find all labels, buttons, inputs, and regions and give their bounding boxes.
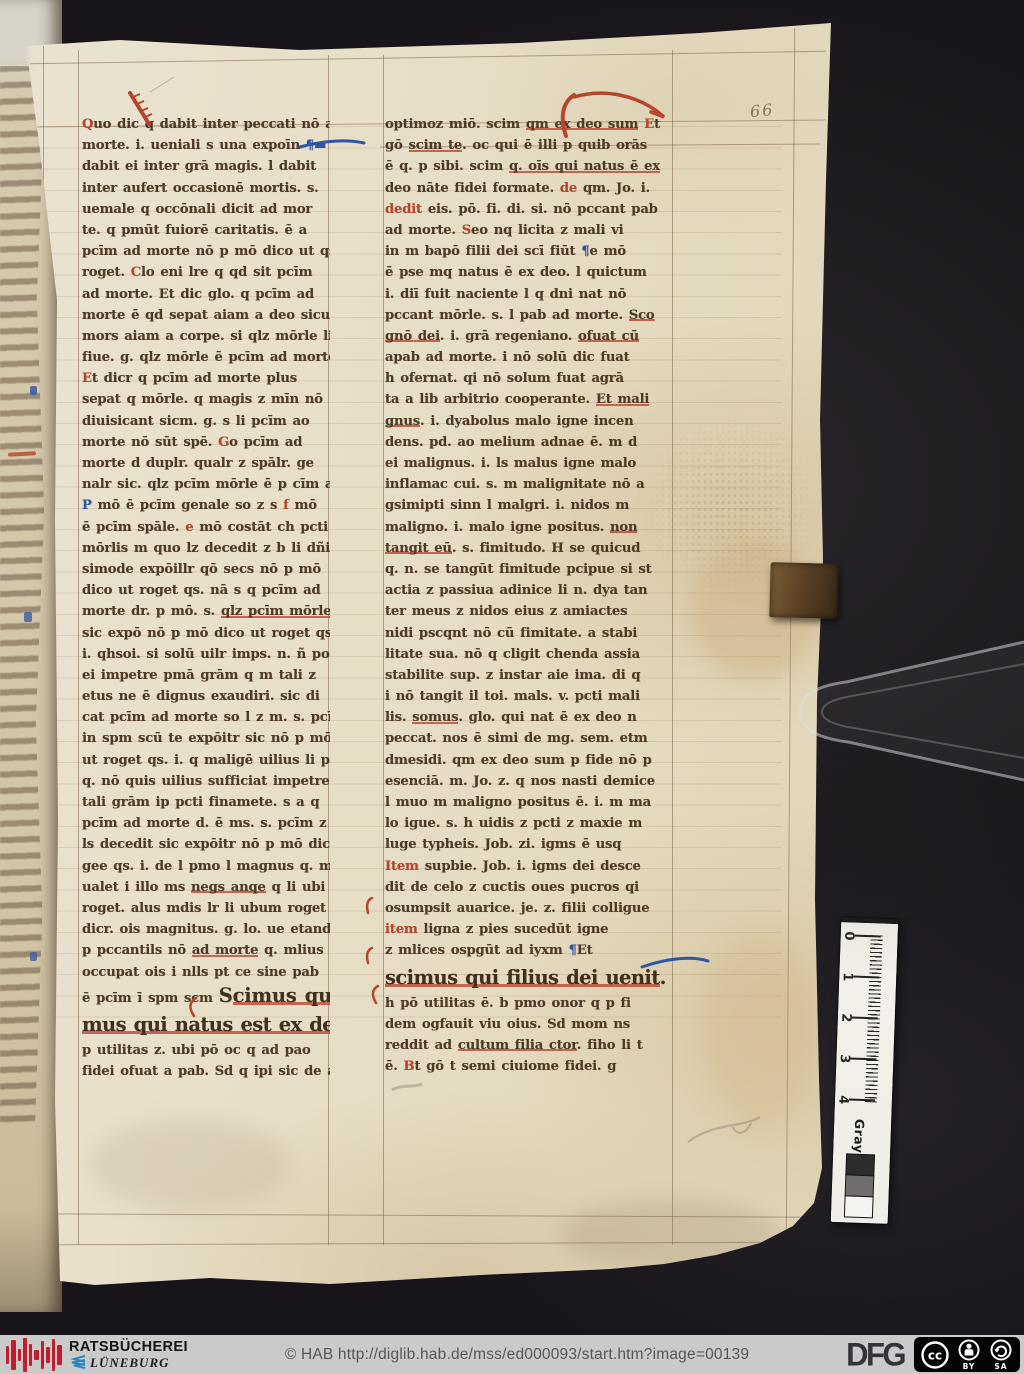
manuscript-text-line: maligno. i. malo igne positus. non bbox=[385, 517, 673, 538]
manuscript-text-line: q. nō quis uilius sufficiat impetre bbox=[82, 771, 330, 792]
manuscript-text-line: occupat ois i nlls pt ce sine pab bbox=[82, 962, 330, 983]
manuscript-text-segment: reddit ad bbox=[385, 1038, 458, 1053]
manuscript-text-segment: inter aufert occasionē mortis. s. bbox=[82, 181, 318, 196]
manuscript-text-segment: deo nāte fidei formate. bbox=[385, 181, 560, 196]
manuscript-text-line: reddit ad cultum filia ctor. fiho li t bbox=[385, 1035, 673, 1056]
manuscript-text-segment: t dicr q pcīm ad morte plus bbox=[92, 371, 297, 386]
manuscript-text-segment: in m bapō filii dei scī fiūt bbox=[385, 244, 581, 259]
manuscript-text-segment: scim te bbox=[409, 138, 463, 153]
manuscript-text-segment: negs anqe bbox=[191, 880, 266, 895]
manuscript-text-segment: mōrlis m quo lz decedit z b li dñi bbox=[82, 541, 330, 556]
manuscript-text-segment: t bbox=[654, 117, 660, 132]
manuscript-text-line: mus qui natus est ex deo. ℞. bbox=[82, 1009, 330, 1040]
leather-tab bbox=[769, 562, 838, 619]
manuscript-text-segment: dit de celo z cuctis oues pucros qi bbox=[385, 880, 639, 895]
manuscript-text-segment: ad morte. Et dic glo. q pcīm ad bbox=[82, 287, 314, 302]
manuscript-text-line: i. qhsoi. si solū uilr imps. n. ñ possi bbox=[82, 644, 330, 665]
manuscript-text-segment: E bbox=[644, 117, 654, 132]
manuscript-text-segment: tali grām ip pcti finamete. s a q bbox=[82, 795, 319, 810]
manuscript-text-line: gnus. i. dyabolus malo igne incen bbox=[385, 411, 673, 432]
manuscript-text-segment: ē pse mq natus ē ex deo. l quictum bbox=[385, 265, 647, 280]
manuscript-text-line: tali grām ip pcti finamete. s a q bbox=[82, 792, 330, 813]
manuscript-text-segment: uo dic q dabit inter peccati nō ad bbox=[93, 117, 330, 132]
gray-patch-black bbox=[846, 1154, 874, 1175]
manuscript-text-segment: gnus bbox=[385, 414, 420, 429]
manuscript-text-line: ad morte. Seo nq licita z mali vi bbox=[385, 220, 673, 241]
manuscript-text-segment: nalr sic. qlz pcīm mōrle ē p cīm ad bbox=[82, 477, 330, 492]
manuscript-text-line: mōrlis m quo lz decedit z b li dñi bbox=[82, 538, 330, 559]
manuscript-text-line: fiue. g. qlz mōrle ē pcīm ad morte bbox=[82, 347, 330, 368]
manuscript-text-segment: cimus quo bbox=[233, 984, 330, 1007]
manuscript-text-segment: etus ne ē dignus exaudiri. sic di bbox=[82, 689, 320, 704]
manuscript-text-line: etus ne ē dignus exaudiri. sic di bbox=[82, 686, 330, 707]
manuscript-text-segment: ls decedit sic expōitr nō p mō dico bbox=[82, 837, 330, 852]
folio-number: 66 bbox=[749, 100, 775, 121]
dfg-logo: DFG bbox=[846, 1336, 904, 1374]
manuscript-text-segment: z mlices ospgūt ad iyxm bbox=[385, 943, 569, 958]
ruling-line bbox=[30, 1242, 820, 1246]
manuscript-text-segment: Q bbox=[82, 117, 93, 132]
digitized-manuscript-viewer: { "page_number": "66", "ruler": { "numbe… bbox=[0, 0, 1024, 1374]
gray-patch-white bbox=[845, 1196, 873, 1217]
ruler-number: 3 bbox=[837, 1051, 853, 1068]
manuscript-text-line: stabilite sup. z instar aie ima. di q bbox=[385, 665, 673, 686]
manuscript-text-line: osumpsit auarice. je. z. filii colligue bbox=[385, 898, 673, 919]
manuscript-text-segment: t gō t semi ciuiome fidei. g bbox=[414, 1059, 616, 1074]
manuscript-text-line: inflamac cui. s. m malignitate nō a bbox=[385, 474, 673, 495]
manuscript-text-line: te. q pmūt fuiorē caritatis. ē a bbox=[82, 220, 330, 241]
manuscript-text-segment: fidei ofuat a pab. Sd q ipi sic de ad bbox=[82, 1064, 330, 1079]
manuscript-text-segment: h ofernat. qi nō solum fuat agrā bbox=[385, 371, 624, 386]
manuscript-text-line: dicr. ois magnitus. g. lo. ue etands ē bbox=[82, 919, 330, 940]
parchment-stain bbox=[560, 1200, 780, 1270]
manuscript-text-segment: ut roget qs. i. q maligē uilius li pctis bbox=[82, 753, 330, 768]
manuscript-text-segment: gnō dei bbox=[385, 329, 440, 344]
manuscript-text-line: p utilitas z. ubi pō oc q ad pao bbox=[82, 1040, 330, 1061]
manuscript-text-line: roget. alus mdis lr li ubum roget bbox=[82, 898, 330, 919]
manuscript-text-segment: morte. i. ueniali s una expoīn bbox=[82, 138, 306, 153]
manuscript-text-line: pcīm ad morte d. ē ms. s. pcīm z quo bbox=[82, 813, 330, 834]
manuscript-text-line: esenciā. m. Jo. z. q nos nasti demice bbox=[385, 771, 673, 792]
manuscript-text-line: lis. somus. glo. qui nat ē ex deo n bbox=[385, 707, 673, 728]
manuscript-text-segment: i. qhsoi. si solū uilr imps. n. ñ possi bbox=[82, 647, 330, 662]
manuscript-text-segment: litate sua. nō q cligit chenda assia bbox=[385, 647, 640, 662]
manuscript-text-line: tangit eū. s. fimitudo. H se quicud bbox=[385, 538, 673, 559]
manuscript-text-segment: h pō utilitas ē. b pmo onor q p fi bbox=[385, 996, 631, 1011]
manuscript-text-segment: Et bbox=[577, 943, 593, 958]
credit-bar: RATSBÜCHEREI LÜNEBURG © HAB http://digli… bbox=[0, 1335, 1024, 1374]
manuscript-text-segment: ta a lib arbitrio cooperante. bbox=[385, 392, 596, 407]
manuscript-text-segment: dedit bbox=[385, 202, 422, 217]
manuscript-text-line: sepat q mōrle. q magis z mīn nō bbox=[82, 389, 330, 410]
manuscript-text-line: gsimipti sinn l malgri. i. nidos m bbox=[385, 495, 673, 516]
manuscript-text-segment: supbie. Job. i. igms dei desce bbox=[419, 859, 641, 874]
manuscript-text-segment: ▬ bbox=[314, 138, 326, 153]
manuscript-text-segment: lo igue. s. h uidis z pcti z maxie m bbox=[385, 816, 642, 831]
manuscript-text-line: scimus qui filius dei uenit. bbox=[385, 962, 673, 993]
manuscript-text-segment: S bbox=[462, 223, 471, 238]
manuscript-text-segment: nidi pscqnt nō cū fimitate. a stabi bbox=[385, 626, 637, 641]
manuscript-text-line: Item supbie. Job. i. igms dei desce bbox=[385, 856, 673, 877]
manuscript-text-segment: maligno. i. malo igne positus. bbox=[385, 520, 610, 535]
previous-page-blue-initial bbox=[24, 612, 32, 622]
manuscript-text-segment: dico ut roget qs. nā s q pcīm ad bbox=[82, 583, 321, 598]
manuscript-text-segment: dabit ei inter grā magis. l dabit bbox=[82, 159, 316, 174]
manuscript-text-line: dens. pd. ao melium adnae ē. m d bbox=[385, 432, 673, 453]
manuscript-text-line: ut roget qs. i. q maligē uilius li pctis bbox=[82, 750, 330, 771]
manuscript-text-line: litate sua. nō q cligit chenda assia bbox=[385, 644, 673, 665]
manuscript-text-line: optimoz miō. scim qm ex deo sum Et bbox=[385, 114, 673, 135]
ruler-cm-tick bbox=[855, 935, 881, 938]
manuscript-text-segment: dicr. ois magnitus. g. lo. ue etands ē bbox=[82, 922, 330, 937]
manuscript-text-line: h ofernat. qi nō solum fuat agrā bbox=[385, 368, 673, 389]
manuscript-text-segment: roget. alus mdis lr li ubum roget bbox=[82, 901, 326, 916]
manuscript-text-line: apab ad morte. i nō solū dic fuat bbox=[385, 347, 673, 368]
manuscript-text-segment: de bbox=[560, 181, 577, 196]
manuscript-text-segment: Item bbox=[385, 859, 419, 874]
manuscript-text-line: roget. Clo eni lre q qd sit pcīm bbox=[82, 262, 330, 283]
ruling-line bbox=[786, 28, 795, 1243]
svg-text:BY: BY bbox=[963, 1362, 976, 1371]
manuscript-text-line: morte ē qd sepat aiam a deo sicut bbox=[82, 305, 330, 326]
manuscript-text-line: z mlices ospgūt ad iyxm ¶Et bbox=[385, 940, 673, 961]
manuscript-text-line: p pccantils nō ad morte q. mlius bbox=[82, 940, 330, 961]
manuscript-text-line: inter aufert occasionē mortis. s. bbox=[82, 178, 330, 199]
manuscript-text-segment: esenciā. m. Jo. z. q nos nasti demice bbox=[385, 774, 655, 789]
manuscript-text-segment: tangit eū bbox=[385, 541, 452, 556]
cc-license-badge: cc BY SA bbox=[914, 1337, 1020, 1372]
manuscript-text-segment: ¶ bbox=[569, 943, 577, 958]
manuscript-text-segment: morte d duplr. qualr z spālr. ge bbox=[82, 456, 314, 471]
ruler-cm-tick bbox=[852, 1017, 878, 1020]
previous-page-text-ghost bbox=[0, 66, 46, 1126]
manuscript-text-line: Quo dic q dabit inter peccati nō ad bbox=[82, 114, 330, 135]
manuscript-text-segment: pccant mōrle. s. l pab ad morte. bbox=[385, 308, 629, 323]
manuscript-text-segment: q. nō quis uilius sufficiat impetre bbox=[82, 774, 330, 789]
page-holder-strip bbox=[800, 642, 1024, 780]
manuscript-text-segment: ualet i illo ms bbox=[82, 880, 191, 895]
manuscript-text-line: morte dr. p mō. s. qlz pcīm mōrle bbox=[82, 601, 330, 622]
manuscript-text-segment: cultum filia ctor bbox=[458, 1038, 577, 1053]
manuscript-text-line: ei impetre pmā grām q m tali z bbox=[82, 665, 330, 686]
manuscript-text-line: h pō utilitas ē. b pmo onor q p fi bbox=[385, 993, 673, 1014]
manuscript-text-segment: luge typheis. Job. zi. igms ē usq bbox=[385, 837, 621, 852]
manuscript-text-line: peccat. nos ē simi de mg. sem. etm bbox=[385, 728, 673, 749]
manuscript-text-segment: i nō tangit il toi. mals. v. pcti mali bbox=[385, 689, 640, 704]
manuscript-text-segment: E bbox=[82, 371, 92, 386]
manuscript-text-segment: eis. pō. fi. di. si. nō pccant pab bbox=[422, 202, 658, 217]
manuscript-text-segment: gee qs. i. de l pmo l magnus q. meh bbox=[82, 859, 330, 874]
manuscript-text-segment: scimus qui filius dei uenit bbox=[385, 966, 660, 989]
manuscript-text-segment: qm. Jo. i. bbox=[577, 181, 650, 196]
manuscript-text-segment: dens. pd. ao melium adnae ē. m d bbox=[385, 435, 637, 450]
manuscript-text-line: i nō tangit il toi. mals. v. pcti mali bbox=[385, 686, 673, 707]
ruler-cm-tick bbox=[850, 1058, 876, 1061]
manuscript-text-segment: p utilitas z. ubi pō oc q ad pao bbox=[82, 1043, 311, 1058]
manuscript-text-segment: . i. dyabolus malo igne incen bbox=[420, 414, 633, 429]
manuscript-text-line: ls decedit sic expōitr nō p mō dico bbox=[82, 834, 330, 855]
manuscript-text-segment: q li ubi bbox=[266, 880, 326, 895]
manuscript-text-line: l muo m maligno positus ē. i. m ma bbox=[385, 792, 673, 813]
gray-patch-mid bbox=[846, 1175, 874, 1196]
manuscript-text-segment: . glo. qui nat ē ex deo n bbox=[458, 710, 636, 725]
manuscript-text-segment: actia z passiua adinice li n. dya tan bbox=[385, 583, 647, 598]
manuscript-text-segment: ē pcīm ī spm scm bbox=[82, 991, 219, 1006]
manuscript-text-segment: p pccantils nō bbox=[82, 943, 192, 958]
manuscript-text-segment: l muo m maligno positus ē. i. m ma bbox=[385, 795, 651, 810]
manuscript-text-segment: morte nō sūt spē. bbox=[82, 435, 218, 450]
manuscript-text-segment: pcīm ad morte nō p mō dico ut qs bbox=[82, 244, 330, 259]
manuscript-text-segment: ligna z pies sucedūt igne bbox=[418, 922, 609, 937]
manuscript-text-segment: . i. grā regeniano. bbox=[440, 329, 578, 344]
manuscript-text-line: dico ut roget qs. nā s q pcīm ad bbox=[82, 580, 330, 601]
library-name: RATSBÜCHEREI bbox=[69, 1340, 188, 1355]
ruler-cm-tick bbox=[853, 976, 879, 979]
ruler-number: 4 bbox=[835, 1092, 851, 1109]
parchment-stain bbox=[90, 1120, 290, 1210]
manuscript-text-line: morte. i. ueniali s una expoīn ¶▬ bbox=[82, 135, 330, 156]
manuscript-text-segment: inflamac cui. s. m malignitate nō a bbox=[385, 477, 644, 492]
manuscript-text-line: sic expō nō p mō dico ut roget qs bbox=[82, 623, 330, 644]
manuscript-text-line: in m bapō filii dei scī fiūt ¶e mō bbox=[385, 241, 673, 262]
manuscript-text-segment: qm ex deo sum bbox=[526, 117, 638, 132]
library-city: LÜNEBURG bbox=[90, 1356, 170, 1369]
manuscript-text-segment: somus bbox=[412, 710, 458, 725]
manuscript-text-line: ter meus z nidos eius z amiactes bbox=[385, 601, 673, 622]
ruler-number: 0 bbox=[841, 928, 857, 945]
ruler-cm-tick bbox=[849, 1098, 875, 1101]
manuscript-text-segment: . fiho li t bbox=[577, 1038, 643, 1053]
manuscript-text-segment: ē q. p sibi. scim bbox=[385, 159, 509, 174]
manuscript-text-line: ē pcīm spāle. e mō costāt ch pcti bbox=[82, 517, 330, 538]
manuscript-text-segment: optimoz miō. scim bbox=[385, 117, 526, 132]
manuscript-text-line: ē pse mq natus ē ex deo. l quictum bbox=[385, 262, 673, 283]
manuscript-text-line: gō scim te. oc qui ē illi p quib orās bbox=[385, 135, 673, 156]
manuscript-text-line: gnō dei. i. grā regeniano. ofuat cū bbox=[385, 326, 673, 347]
manuscript-text-line: dabit ei inter grā magis. l dabit bbox=[82, 156, 330, 177]
manuscript-text-segment: dmesidi. qm ex deo sum p fide nō p bbox=[385, 753, 652, 768]
svg-text:SA: SA bbox=[994, 1362, 1007, 1371]
manuscript-text-segment: roget. bbox=[82, 265, 131, 280]
manuscript-text-segment: o pcīm ad bbox=[229, 435, 302, 450]
manuscript-text-segment: peccat. nos ē simi de mg. sem. etm bbox=[385, 731, 648, 746]
manuscript-text-segment: ofuat cū bbox=[578, 329, 639, 344]
copyright-text: © HAB http://diglib.hab.de/mss/ed000093/… bbox=[188, 1346, 846, 1364]
manuscript-text-line: dem ogfauit viu oius. Sd mom ns bbox=[385, 1014, 673, 1035]
manuscript-text-line: morte d duplr. qualr z spālr. ge bbox=[82, 453, 330, 474]
manuscript-text-line: morte nō sūt spē. Go pcīm ad bbox=[82, 432, 330, 453]
manuscript-text-segment: osumpsit auarice. je. z. filii colligue bbox=[385, 901, 649, 916]
manuscript-text-line: uemale q occōnali dicit ad mor bbox=[82, 199, 330, 220]
manuscript-text-segment: P bbox=[82, 498, 92, 513]
manuscript-text-line: luge typheis. Job. zi. igms ē usq bbox=[385, 834, 673, 855]
previous-page-blue-initial bbox=[30, 386, 37, 395]
manuscript-text-line: pcīm ad morte nō p mō dico ut qs bbox=[82, 241, 330, 262]
cc-icon: cc bbox=[920, 1340, 950, 1370]
manuscript-text-segment: stabilite sup. z instar aie ima. di q bbox=[385, 668, 640, 683]
manuscript-column-right: optimoz miō. scim qm ex deo sum Etgō sci… bbox=[385, 110, 673, 1077]
manuscript-text-segment: ¶ bbox=[581, 244, 589, 259]
manuscript-text-segment: ter meus z nidos eius z amiactes bbox=[385, 604, 627, 619]
manuscript-text-line: dit de celo z cuctis oues pucros qi bbox=[385, 877, 673, 898]
manuscript-text-segment: morte dr. p mō. s. bbox=[82, 604, 221, 619]
manuscript-text-segment: apab ad morte. i nō solū dic fuat bbox=[385, 350, 629, 365]
ruling-line bbox=[30, 51, 826, 65]
manuscript-text-segment: sic expō nō p mō dico ut roget qs bbox=[82, 626, 330, 641]
manuscript-text-segment: e mō bbox=[590, 244, 626, 259]
manuscript-text-segment: ē. bbox=[385, 1059, 403, 1074]
manuscript-text-line: Et dicr q pcīm ad morte plus bbox=[82, 368, 330, 389]
manuscript-text-segment: morte ē qd sepat aiam a deo sicut bbox=[82, 308, 330, 323]
manuscript-text-segment: qlz pcīm mōrle bbox=[221, 604, 330, 619]
manuscript-text-line: nalr sic. qlz pcīm mōrle ē p cīm ad bbox=[82, 474, 330, 495]
manuscript-text-segment: gsimipti sinn l malgri. i. nidos m bbox=[385, 498, 629, 513]
manuscript-text-line: gee qs. i. de l pmo l magnus q. meh bbox=[82, 856, 330, 877]
manuscript-text-segment: B bbox=[403, 1059, 414, 1074]
manuscript-text-segment: ē pcīm spāle. bbox=[82, 520, 185, 535]
manuscript-text-line: simode expōillr qō secs nō p mō bbox=[82, 559, 330, 580]
manuscript-text-segment: lis. bbox=[385, 710, 412, 725]
grayscale-ruler: 01234 Gray Scale bbox=[831, 917, 899, 1224]
manuscript-text-line: ē q. p sibi. scim q. oīs qui natus ē ex bbox=[385, 156, 673, 177]
manuscript-text-segment: mō ē pcīm genale so z s bbox=[92, 498, 283, 513]
manuscript-page: 66 Quo dic q dabit inter peccati nō admo… bbox=[0, 0, 840, 1312]
manuscript-text-segment: Sco bbox=[629, 308, 655, 323]
manuscript-text-segment: in spm scū te expōitr sic nō p mō d bbox=[82, 731, 330, 746]
manuscript-text-segment: mus qui natus est ex deo bbox=[82, 1013, 330, 1036]
manuscript-text-segment: q. n. se tangūt fimitude pcipue si st bbox=[385, 562, 652, 577]
manuscript-text-segment: pcīm ad morte d. ē ms. s. pcīm z quo bbox=[82, 816, 330, 831]
manuscript-text-segment: mors aiam a corpe. si qlz mōrle li bbox=[82, 329, 330, 344]
previous-page-blue-initial bbox=[30, 952, 37, 961]
manuscript-text-segment: ad morte. bbox=[385, 223, 462, 238]
manuscript-text-segment: . s. fimitudo. H se quicud bbox=[452, 541, 641, 556]
manuscript-text-segment: ¶ bbox=[306, 138, 314, 153]
manuscript-text-segment: Et mali bbox=[596, 392, 649, 407]
manuscript-text-segment: . bbox=[660, 966, 666, 989]
manuscript-text-line: actia z passiua adinice li n. dya tan bbox=[385, 580, 673, 601]
manuscript-text-line: ad morte. Et dic glo. q pcīm ad bbox=[82, 284, 330, 305]
manuscript-text-segment: lo eni lre q qd sit pcīm bbox=[141, 265, 312, 280]
manuscript-text-line: ta a lib arbitrio cooperante. Et mali bbox=[385, 389, 673, 410]
manuscript-text-line: q. n. se tangūt fimitude pcipue si st bbox=[385, 559, 673, 580]
manuscript-text-line: in spm scū te expōitr sic nō p mō d bbox=[82, 728, 330, 749]
manuscript-text-line: item ligna z pies sucedūt igne bbox=[385, 919, 673, 940]
manuscript-text-segment: sepat q mōrle. q magis z mīn nō bbox=[82, 392, 323, 407]
manuscript-text-line: i. diī fuit naciente l q dni nat nō bbox=[385, 284, 673, 305]
manuscript-text-segment: ad morte bbox=[192, 943, 258, 958]
manuscript-column-left: Quo dic q dabit inter peccati nō admorte… bbox=[82, 110, 330, 1082]
manuscript-text-segment: uemale q occōnali dicit ad mor bbox=[82, 202, 312, 217]
manuscript-text-segment: eo nq licita z mali vi bbox=[471, 223, 623, 238]
manuscript-text-segment: mō costāt ch pcti bbox=[193, 520, 327, 535]
manuscript-text-line: deo nāte fidei formate. de qm. Jo. i. bbox=[385, 178, 673, 199]
manuscript-text-line: ē. Bt gō t semi ciuiome fidei. g bbox=[385, 1056, 673, 1077]
manuscript-text-line: P mō ē pcīm genale so z s f mō bbox=[82, 495, 330, 516]
manuscript-text-segment: cat pcīm ad morte so l z m. s. pcīm bbox=[82, 710, 330, 725]
manuscript-text-segment: S bbox=[219, 984, 233, 1007]
ruling-line bbox=[30, 1213, 820, 1217]
manuscript-text-segment: i. diī fuit naciente l q dni nat nō bbox=[385, 287, 626, 302]
manuscript-text-segment: te. q pmūt fuiorē caritatis. ē a bbox=[82, 223, 307, 238]
manuscript-text-segment: simode expōillr qō secs nō p mō bbox=[82, 562, 321, 577]
ruler-number: 2 bbox=[838, 1010, 854, 1027]
ratsbuecherei-logo-bars-icon bbox=[6, 1337, 62, 1373]
manuscript-text-segment: occupat ois i nlls pt ce sine pab bbox=[82, 965, 319, 980]
manuscript-text-segment: dem ogfauit viu oius. Sd mom ns bbox=[385, 1017, 630, 1032]
manuscript-text-segment: C bbox=[131, 265, 141, 280]
manuscript-text-line: fidei ofuat a pab. Sd q ipi sic de ad bbox=[82, 1061, 330, 1082]
manuscript-text-line: dedit eis. pō. fi. di. si. nō pccant pab bbox=[385, 199, 673, 220]
manuscript-text-line: pccant mōrle. s. l pab ad morte. Sco bbox=[385, 305, 673, 326]
manuscript-text-line: ualet i illo ms negs anqe q li ubi bbox=[82, 877, 330, 898]
manuscript-text-line: cat pcīm ad morte so l z m. s. pcīm bbox=[82, 707, 330, 728]
manuscript-text-segment: ei malignus. i. ls malus igne malo bbox=[385, 456, 636, 471]
manuscript-text-line: ē pcīm ī spm scm Scimus quo bbox=[82, 983, 330, 1009]
manuscript-text-line: diuisicant sicm. g. s li pcīm ao bbox=[82, 411, 330, 432]
manuscript-text-segment: non bbox=[610, 520, 637, 535]
cc-by-icon: BY bbox=[956, 1339, 982, 1371]
manuscript-text-line: ei malignus. i. ls malus igne malo bbox=[385, 453, 673, 474]
manuscript-text-segment: q. oīs qui natus ē ex bbox=[509, 159, 660, 174]
manuscript-text-line: lo igue. s. h uidis z pcti z maxie m bbox=[385, 813, 673, 834]
manuscript-text-segment: ei impetre pmā grām q m tali z bbox=[82, 668, 316, 683]
manuscript-text-segment: . oc qui ē illi p quib orās bbox=[462, 138, 647, 153]
manuscript-text-segment: q. mlius bbox=[258, 943, 323, 958]
manuscript-text-line: dmesidi. qm ex deo sum p fide nō p bbox=[385, 750, 673, 771]
cc-sa-icon: SA bbox=[988, 1339, 1014, 1371]
manuscript-text-line: nidi pscqnt nō cū fimitate. a stabi bbox=[385, 623, 673, 644]
lueneburg-book-icon bbox=[69, 1355, 87, 1369]
ruler-number: 1 bbox=[839, 969, 855, 986]
manuscript-text-segment: G bbox=[218, 435, 229, 450]
manuscript-text-segment: fiue. g. qlz mōrle ē pcīm ad morte bbox=[82, 350, 330, 365]
manuscript-text-segment: diuisicant sicm. g. s li pcīm ao bbox=[82, 414, 309, 429]
manuscript-text-line: mors aiam a corpe. si qlz mōrle li bbox=[82, 326, 330, 347]
svg-text:cc: cc bbox=[928, 1348, 942, 1362]
manuscript-text-segment: gō bbox=[385, 138, 409, 153]
manuscript-text-segment: item bbox=[385, 922, 418, 937]
manuscript-text-segment: mō bbox=[289, 498, 317, 513]
